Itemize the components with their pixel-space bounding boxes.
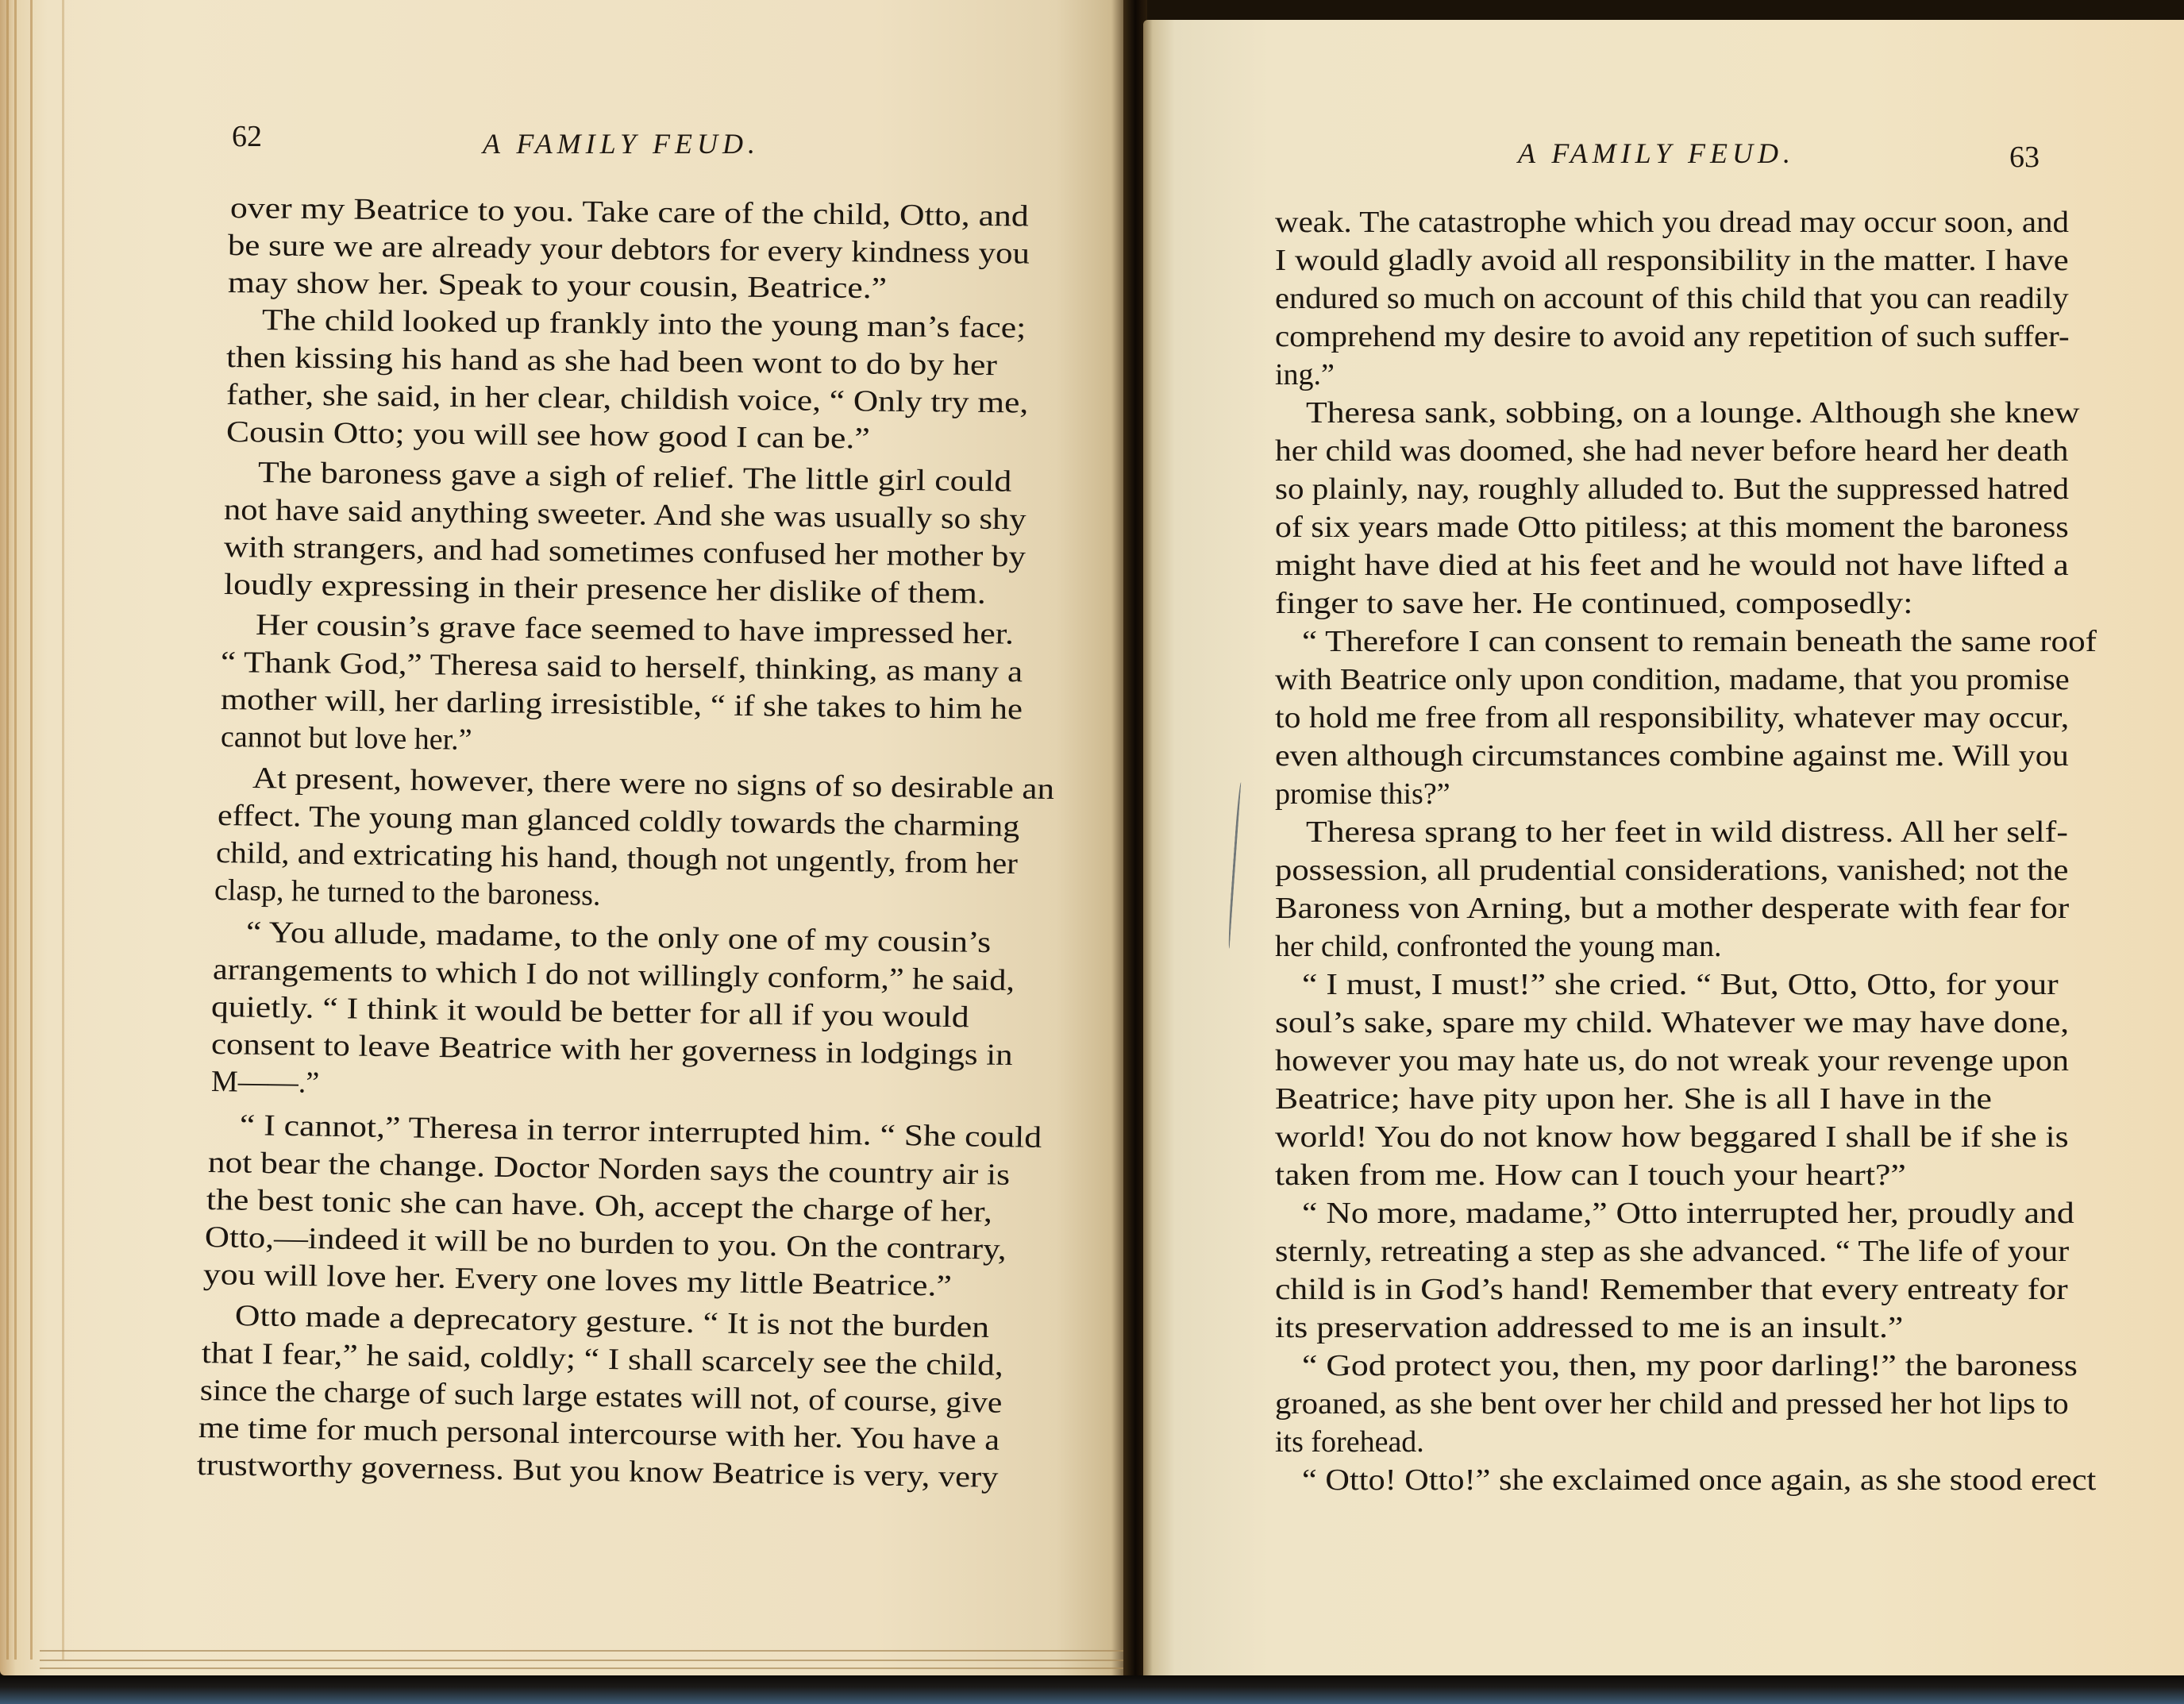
text-line: soul’s sake, spare my child. Whatever we… <box>1275 1005 2069 1040</box>
running-title-right: A FAMILY FEUD. <box>1518 137 1795 170</box>
text-line: of six years made Otto pitiless; at this… <box>1275 510 2069 545</box>
text-line: its forehead. <box>1275 1424 1424 1459</box>
text-line: Baroness von Arning, but a mother desper… <box>1275 891 2069 926</box>
text-line: “ I must, I must!” she cried. “ But, Ott… <box>1302 967 2059 1002</box>
text-line: Theresa sank, sobbing, on a lounge. Alth… <box>1306 395 2080 430</box>
page-number-right: 63 <box>2009 140 2040 175</box>
text-line: ing.” <box>1275 357 1335 392</box>
page-bottom-edge <box>40 1660 1127 1661</box>
text-line: Cousin Otto; you will see how good I can… <box>226 414 870 456</box>
page-bottom-edge <box>40 1667 1127 1669</box>
text-line: Theresa sprang to her feet in wild distr… <box>1306 815 2068 850</box>
text-line: groaned, as she bent over her child and … <box>1275 1386 2069 1421</box>
page-number-left: 62 <box>232 119 262 154</box>
text-line: Beatrice; have pity upon her. She is all… <box>1275 1081 1992 1116</box>
text-line: so plainly, nay, roughly alluded to. But… <box>1275 472 2069 507</box>
text-line: “ No more, madame,” Otto interrupted her… <box>1302 1196 2074 1231</box>
text-line: cannot but love her.” <box>221 719 472 758</box>
page-bottom-edge <box>40 1650 1127 1652</box>
text-line: her child, confronted the young man. <box>1275 929 1721 964</box>
text-line: M——.” <box>211 1064 320 1101</box>
page-edge-stack <box>62 0 64 1660</box>
text-line: finger to save her. He continued, compos… <box>1275 586 1912 621</box>
text-line: to hold me free from all responsibility,… <box>1275 700 2069 735</box>
page-edge-stack <box>30 0 33 1660</box>
text-line: clasp, he turned to the baroness. <box>214 873 601 913</box>
text-line: might have died at his feet and he would… <box>1275 548 2069 583</box>
page-edge-stack <box>14 0 17 1660</box>
running-title-left: A FAMILY FEUD. <box>483 127 760 160</box>
text-line: weak. The catastrophe which you dread ma… <box>1275 205 2069 240</box>
text-line: endured so much on account of this child… <box>1275 281 2069 316</box>
text-line: child is in God’s hand! Remember that ev… <box>1275 1272 2068 1307</box>
text-line: possession, all prudential consideration… <box>1275 853 2068 888</box>
text-line: “ Therefore I can consent to remain bene… <box>1302 624 2097 659</box>
text-line: promise this?” <box>1275 777 1450 812</box>
text-line: with Beatrice only upon condition, madam… <box>1275 662 2070 697</box>
text-line: world! You do not know how beggared I sh… <box>1275 1120 2069 1155</box>
text-line: comprehend my desire to avoid any repeti… <box>1275 319 2070 354</box>
text-line: her child was doomed, she had never befo… <box>1275 434 2068 468</box>
text-line: sternly, retreating a step as she advanc… <box>1275 1234 2069 1269</box>
text-line: however you may hate us, do not wreak yo… <box>1275 1043 2069 1078</box>
page-edge-stack <box>6 0 9 1660</box>
text-line: “ God protect you, then, my poor darling… <box>1302 1348 2078 1383</box>
open-book-spread: 62 A FAMILY FEUD. over my Beatrice to yo… <box>0 0 2184 1704</box>
text-line: I would gladly avoid all responsibility … <box>1275 243 2069 278</box>
text-line: taken from me. How can I touch your hear… <box>1275 1158 1906 1193</box>
scan-background-strip <box>0 1675 2184 1704</box>
text-line: may show her. Speak to your cousin, Beat… <box>228 265 887 306</box>
text-line: its preservation addressed to me is an i… <box>1275 1310 1903 1345</box>
text-line: even although circumstances combine agai… <box>1275 738 2069 773</box>
text-line: “ Otto! Otto!” she exclaimed once again,… <box>1302 1463 2096 1498</box>
